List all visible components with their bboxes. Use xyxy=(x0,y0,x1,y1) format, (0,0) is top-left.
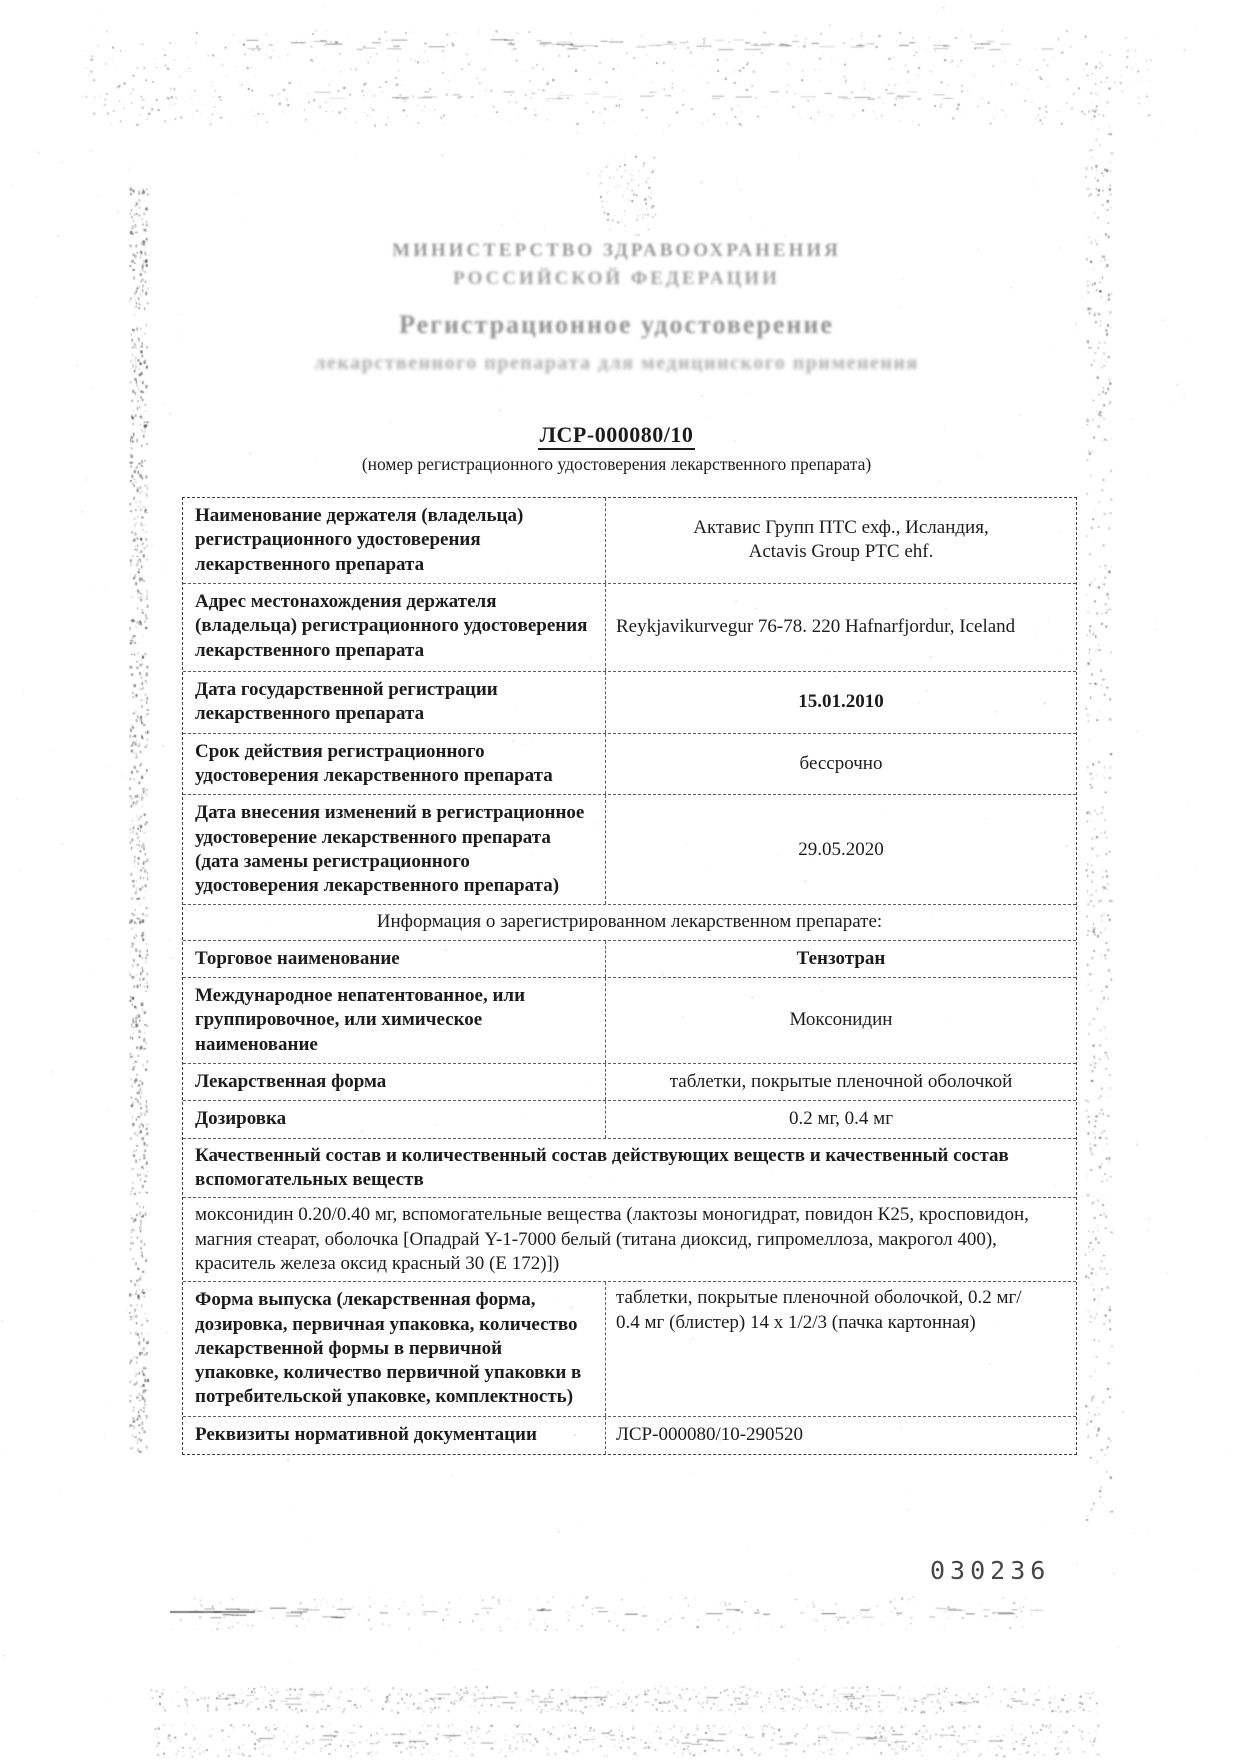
table-row: Качественный состав и количественный сос… xyxy=(183,1138,1076,1198)
composition-heading: Качественный состав и количественный сос… xyxy=(183,1139,1076,1198)
dosage-form-value: таблетки, покрытые пленочной оболочкой xyxy=(606,1064,1076,1100)
certificate-table: Наименование держателя (владельца) регис… xyxy=(182,497,1077,1455)
table-row: Международное непатентованное, или групп… xyxy=(183,977,1076,1063)
info-section-heading: Информация о зарегистрированном лекарств… xyxy=(183,905,1076,939)
registration-date-value: 15.01.2010 xyxy=(606,672,1076,733)
table-row: Реквизиты нормативной документации ЛСР-0… xyxy=(183,1416,1076,1454)
normative-docs-label: Реквизиты нормативной документации xyxy=(183,1417,606,1454)
table-row: Дозировка 0.2 мг, 0.4 мг xyxy=(183,1100,1076,1137)
normative-docs-value: ЛСР-000080/10-290520 xyxy=(606,1417,1076,1454)
holder-address-label: Адрес местонахождения держателя (владель… xyxy=(183,584,606,671)
ministry-name-line2: РОССИЙСКОЙ ФЕДЕРАЦИИ xyxy=(0,268,1233,290)
trade-name-value: Тензотран xyxy=(606,941,1076,977)
holder-name-label: Наименование держателя (владельца) регис… xyxy=(183,498,606,583)
validity-period-value: бессрочно xyxy=(606,734,1076,795)
table-row: Лекарственная форма таблетки, покрытые п… xyxy=(183,1063,1076,1100)
dosage-label: Дозировка xyxy=(183,1101,606,1137)
table-row: Адрес местонахождения держателя (владель… xyxy=(183,583,1076,671)
document-title: Регистрационное удостоверение xyxy=(0,310,1233,340)
registration-date-label: Дата государственной регистрации лекарст… xyxy=(183,672,606,733)
table-row: Дата государственной регистрации лекарст… xyxy=(183,671,1076,733)
holder-name-value: Актавис Групп ПТС ехф., Исландия, Actavi… xyxy=(606,498,1076,583)
release-form-label: Форма выпуска (лекарственная форма, дози… xyxy=(183,1282,606,1416)
table-row: Форма выпуска (лекарственная форма, дози… xyxy=(183,1281,1076,1416)
amendment-date-value: 29.05.2020 xyxy=(606,795,1076,904)
dosage-value: 0.2 мг, 0.4 мг xyxy=(606,1101,1076,1137)
table-row: Дата внесения изменений в регистрационно… xyxy=(183,794,1076,904)
registration-number-caption: (номер регистрационного удостоверения ле… xyxy=(0,454,1233,475)
page-stamp-number: 030236 xyxy=(930,1556,1050,1585)
scanned-registration-certificate: МИНИСТЕРСТВО ЗДРАВООХРАНЕНИЯ РОССИЙСКОЙ … xyxy=(0,0,1233,1760)
table-row: Срок действия регистрационного удостовер… xyxy=(183,733,1076,795)
document-subtitle: лекарственного препарата для медицинског… xyxy=(0,352,1233,375)
inn-name-value: Моксонидин xyxy=(606,978,1076,1063)
trade-name-label: Торговое наименование xyxy=(183,941,606,977)
registration-number: ЛСР-000080/10 xyxy=(0,422,1233,448)
dosage-form-label: Лекарственная форма xyxy=(183,1064,606,1100)
release-form-value: таблетки, покрытые пленочной оболочкой, … xyxy=(606,1282,1076,1416)
table-row: моксонидин 0.20/0.40 мг, вспомогательные… xyxy=(183,1197,1076,1281)
table-row: Наименование держателя (владельца) регис… xyxy=(183,498,1076,583)
holder-address-value: Reykjavikurvegur 76-78. 220 Hafnarfjordu… xyxy=(606,584,1076,671)
table-row: Информация о зарегистрированном лекарств… xyxy=(183,904,1076,939)
validity-period-label: Срок действия регистрационного удостовер… xyxy=(183,734,606,795)
ministry-name-line1: МИНИСТЕРСТВО ЗДРАВООХРАНЕНИЯ xyxy=(0,240,1233,262)
composition-text: моксонидин 0.20/0.40 мг, вспомогательные… xyxy=(183,1198,1076,1281)
amendment-date-label: Дата внесения изменений в регистрационно… xyxy=(183,795,606,904)
table-row: Торговое наименование Тензотран xyxy=(183,940,1076,977)
inn-name-label: Международное непатентованное, или групп… xyxy=(183,978,606,1063)
